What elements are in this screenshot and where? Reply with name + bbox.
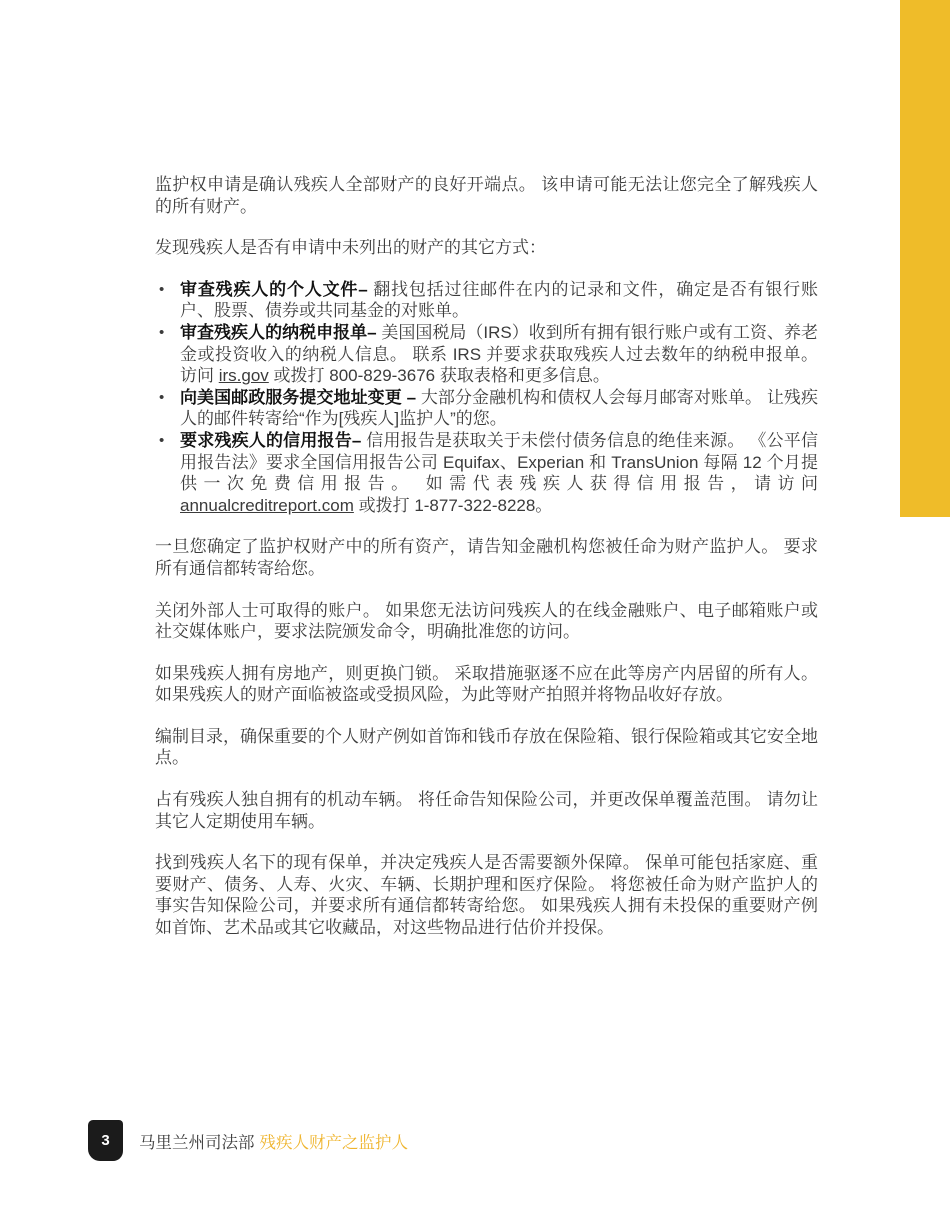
bullet-review-tax-returns: 审查残疾人的纳税申报单– 美国国税局（IRS）收到所有拥有银行账户或有工资、养老…	[180, 322, 818, 387]
page-number-badge: 3	[88, 1120, 123, 1161]
bullet-body: 或拨打 1-877-322-8228。	[354, 496, 552, 515]
paragraph-notify-institutions: 一旦您确定了监护权财产中的所有资产，请告知金融机构您被任命为财产监护人。 要求所…	[155, 536, 818, 579]
page-footer: 3 马里兰州司法部残疾人财产之监护人	[88, 1120, 408, 1161]
document-body: 监护权申请是确认残疾人全部财产的良好开端点。 该申请可能无法让您完全了解残疾人的…	[155, 174, 818, 959]
paragraph-close-accounts: 关闭外部人士可取得的账户。 如果您无法访问残疾人的在线金融账户、电子邮箱账户或社…	[155, 600, 818, 643]
bullet-body: 或拨打 800-829-3676 获取表格和更多信息。	[269, 366, 610, 385]
annualcreditreport-link[interactable]: annualcreditreport.com	[180, 496, 354, 515]
footer-doc-title: 残疾人财产之监护人	[260, 1134, 409, 1152]
footer-text: 马里兰州司法部残疾人财产之监护人	[139, 1129, 408, 1153]
bullet-heading: 要求残疾人的信用报告–	[180, 431, 366, 450]
irs-gov-link[interactable]: irs.gov	[219, 366, 269, 385]
bullet-heading: 审查残疾人的纳税申报单–	[180, 323, 381, 342]
intro-paragraph-1: 监护权申请是确认残疾人全部财产的良好开端点。 该申请可能无法让您完全了解残疾人的…	[155, 174, 818, 217]
paragraph-vehicles: 占有残疾人独自拥有的机动车辆。 将任命告知保险公司，并更改保单覆盖范围。 请勿让…	[155, 789, 818, 832]
footer-department: 马里兰州司法部	[139, 1134, 255, 1152]
bullet-heading: 审查残疾人的个人文件–	[180, 280, 373, 299]
bullet-review-personal-documents: 审查残疾人的个人文件– 翻找包括过往邮件在内的记录和文件，确定是否有银行账户、股…	[180, 279, 818, 322]
bullet-usps-address-change: 向美国邮政服务提交地址变更 – 大部分金融机构和债权人会每月邮寄对账单。 让残疾…	[180, 387, 818, 430]
asset-discovery-bullet-list: 审查残疾人的个人文件– 翻找包括过往邮件在内的记录和文件，确定是否有银行账户、股…	[155, 279, 818, 517]
paragraph-insurance: 找到残疾人名下的现有保单，并决定残疾人是否需要额外保障。 保单可能包括家庭、重要…	[155, 852, 818, 938]
bullet-credit-report: 要求残疾人的信用报告– 信用报告是获取关于未偿付债务信息的绝佳来源。 《公平信用…	[180, 430, 818, 516]
intro-paragraph-2: 发现残疾人是否有申请中未列出的财产的其它方式：	[155, 237, 818, 259]
gold-accent-bar	[900, 0, 950, 517]
bullet-heading: 向美国邮政服务提交地址变更 –	[180, 388, 421, 407]
paragraph-real-estate: 如果残疾人拥有房地产，则更换门锁。 采取措施驱逐不应在此等房产内居留的所有人。如…	[155, 663, 818, 706]
paragraph-inventory: 编制目录，确保重要的个人财产例如首饰和钱币存放在保险箱、银行保险箱或其它安全地点…	[155, 726, 818, 769]
